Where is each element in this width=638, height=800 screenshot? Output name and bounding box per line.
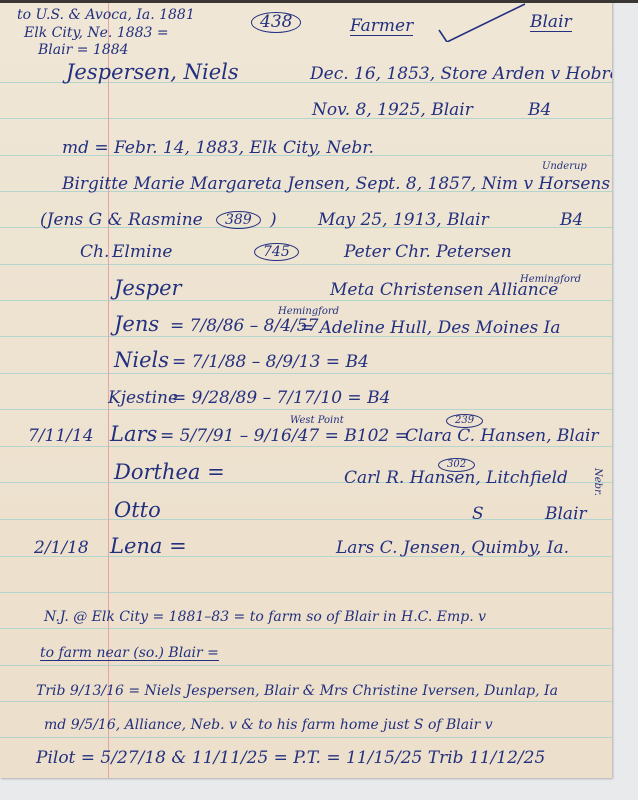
residence-note-2: Elk City, Ne. 1883 = bbox=[24, 26, 169, 40]
note-line: N.J. @ Elk City = 1881–83 = to farm so o… bbox=[44, 610, 486, 624]
child-name: Lars bbox=[110, 424, 157, 445]
child-spouse: = Adeline Hull, Des Moines Ia bbox=[300, 320, 561, 337]
child-spouse: S bbox=[472, 506, 484, 523]
spouse-parents: (Jens G & Rasmine bbox=[40, 212, 203, 229]
ledger-card: to U.S. & Avoca, Ia. 1881 Elk City, Ne. … bbox=[0, 0, 612, 778]
spouse-parents-ref: 389 bbox=[216, 211, 261, 229]
rule-line bbox=[0, 737, 612, 738]
child-side-note: Nebr. bbox=[592, 468, 602, 496]
check-mark-icon bbox=[437, 2, 527, 42]
spouse-death: May 25, 1913, Blair bbox=[318, 212, 489, 229]
child-superscript: Hemingford bbox=[520, 275, 581, 285]
child-superscript: Hemingford bbox=[278, 307, 339, 317]
note-line: to farm near (so.) Blair = bbox=[40, 646, 219, 661]
note-line: md 9/5/16, Alliance, Neb. v & to his far… bbox=[44, 718, 493, 732]
child-name: Niels bbox=[114, 350, 169, 371]
child-spouse: Clara C. Hansen, Blair bbox=[405, 428, 599, 445]
note-line: Trib 9/13/16 = Niels Jespersen, Blair & … bbox=[36, 684, 558, 698]
rule-line bbox=[0, 118, 612, 119]
child-name: Elmine bbox=[112, 244, 172, 261]
subject-birth: Dec. 16, 1853, Store Arden v Hobro bbox=[310, 66, 612, 83]
child-spouse: Carl R. Hansen, Litchfield bbox=[344, 470, 568, 487]
child-name: Jens bbox=[114, 314, 159, 335]
child-dates: = 7/1/88 – 8/9/13 = B4 bbox=[172, 354, 369, 371]
spouse-burial: B4 bbox=[560, 212, 583, 229]
rule-line bbox=[0, 592, 612, 593]
rule-line bbox=[0, 409, 612, 410]
marriage-line: md = Febr. 14, 1883, Elk City, Nebr. bbox=[62, 140, 374, 157]
child-name: Dorthea = bbox=[114, 462, 225, 483]
spouse-parents-close: ) bbox=[270, 212, 277, 229]
child-name: Otto bbox=[114, 500, 161, 521]
child-margin-note: 2/1/18 bbox=[34, 540, 89, 557]
residence-note-3: Blair = 1884 bbox=[38, 43, 129, 57]
rule-line bbox=[0, 446, 612, 447]
scan-top-edge bbox=[0, 0, 638, 3]
child-name: Kjestine bbox=[108, 390, 178, 407]
child-spouse: Peter Chr. Petersen bbox=[344, 244, 512, 261]
child-spouse: Lars C. Jensen, Quimby, Ia. bbox=[336, 540, 569, 557]
subject-burial: B4 bbox=[528, 102, 551, 119]
rule-line bbox=[0, 628, 612, 629]
child-margin-note: 7/11/14 bbox=[28, 428, 94, 445]
child-superscript: West Point bbox=[290, 416, 344, 426]
child-dates: = 5/7/91 – 9/16/47 = B102 = bbox=[160, 428, 409, 445]
child-dates: = 7/8/86 – 8/4/57 bbox=[170, 318, 318, 335]
child-name: Jesper bbox=[114, 278, 182, 299]
child-name: Lena = bbox=[110, 536, 187, 557]
note-line: Pilot = 5/27/18 & 11/11/25 = P.T. = 11/1… bbox=[36, 750, 545, 767]
subject-death: Nov. 8, 1925, Blair bbox=[312, 102, 473, 119]
child-dates: = 9/28/89 – 7/17/10 = B4 bbox=[172, 390, 390, 407]
residence-note-1: to U.S. & Avoca, Ia. 1881 bbox=[17, 8, 195, 22]
rule-line bbox=[0, 264, 612, 265]
location-top-right: Blair bbox=[530, 14, 572, 32]
rule-line bbox=[0, 300, 612, 301]
rule-line bbox=[0, 373, 612, 374]
rule-line bbox=[0, 665, 612, 666]
children-label: Ch. bbox=[80, 244, 109, 261]
record-number: 438 bbox=[251, 12, 301, 33]
rule-line bbox=[0, 519, 612, 520]
child-ref: 745 bbox=[254, 243, 299, 261]
child-place: Blair bbox=[545, 506, 587, 523]
rule-line bbox=[0, 701, 612, 702]
spouse-superscript: Underup bbox=[542, 162, 587, 172]
spouse-line: Birgitte Marie Margareta Jensen, Sept. 8… bbox=[62, 176, 610, 193]
subject-name: Jespersen, Niels bbox=[66, 62, 239, 83]
occupation: Farmer bbox=[350, 18, 413, 36]
